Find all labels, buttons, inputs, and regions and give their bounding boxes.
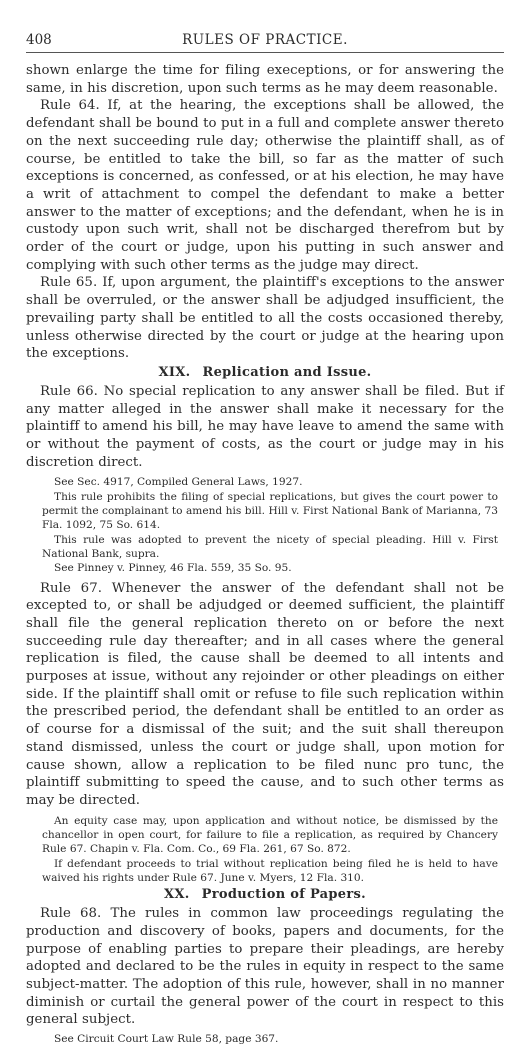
section-heading-xx: XX.Production of Papers. (26, 886, 504, 904)
page-body: shown enlarge the time for filing execep… (26, 62, 504, 1046)
section-title: Production of Papers. (202, 887, 366, 902)
annotation-note: See Circuit Court Law Rule 58, page 367. (26, 1032, 504, 1046)
annotation-note: An equity case may, upon application and… (26, 814, 504, 857)
annotation-note: This rule prohibits the filing of specia… (26, 490, 504, 533)
section-number: XIX. (158, 365, 190, 380)
rule-64: Rule 64. If, at the hearing, the excepti… (26, 97, 504, 274)
section-heading-xix: XIX.Replication and Issue. (26, 364, 504, 382)
section-title: Replication and Issue. (202, 365, 371, 380)
running-title: RULES OF PRACTICE. (26, 32, 504, 48)
annotation-note: See Sec. 4917, Compiled General Laws, 19… (26, 474, 504, 489)
annotation-note: If defendant proceeds to trial without r… (26, 857, 504, 886)
annotation-note: This rule was adopted to prevent the nic… (26, 533, 504, 562)
annotation-note: See Pinney v. Pinney, 46 Fla. 559, 35 So… (26, 561, 504, 575)
rule-67: Rule 67. Whenever the answer of the defe… (26, 580, 504, 810)
rule-68: Rule 68. The rules in common law proceed… (26, 905, 504, 1029)
running-header: 408 RULES OF PRACTICE. (26, 30, 504, 53)
section-number: XX. (164, 887, 190, 902)
continuation-paragraph: shown enlarge the time for filing execep… (26, 62, 504, 97)
rule-65: Rule 65. If, upon argument, the plaintif… (26, 274, 504, 363)
rule-66: Rule 66. No special replication to any a… (26, 383, 504, 472)
